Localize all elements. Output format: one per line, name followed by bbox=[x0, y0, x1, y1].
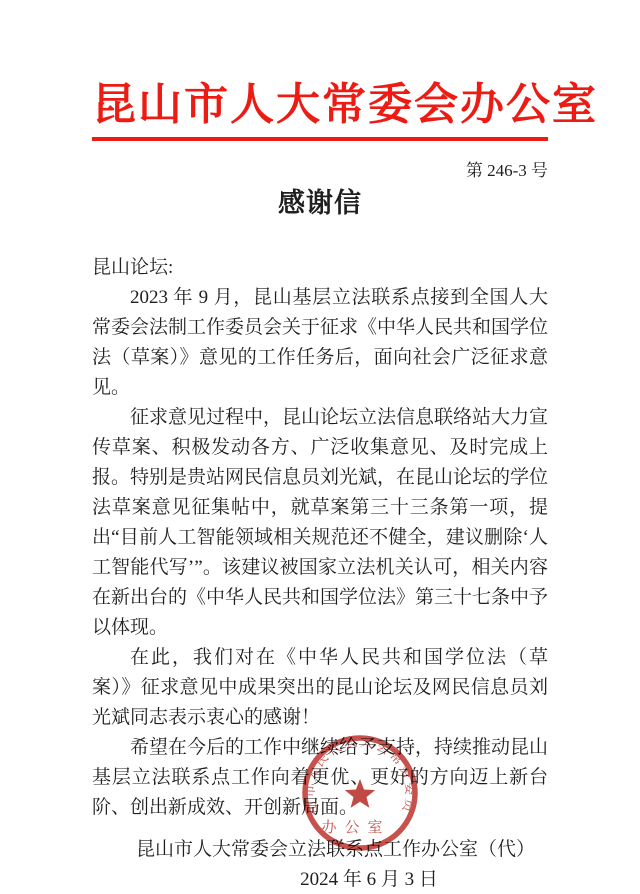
paragraph-3: 在此，我们对在《中华人民共和国学位法（草案）》征求意见中成果突出的昆山论坛及网民… bbox=[92, 643, 548, 733]
document-number: 第 246-3 号 bbox=[92, 161, 548, 181]
signature-line: 昆山市人大常委会立法联系点工作办公室（代） bbox=[92, 835, 548, 865]
salutation: 昆山论坛: bbox=[92, 253, 548, 283]
paragraph-1: 2023 年 9 月，昆山基层立法联系点接到全国人大常委会法制工作委员会关于征求… bbox=[92, 283, 548, 403]
letter-title: 感谢信 bbox=[92, 189, 548, 217]
paragraph-2: 征求意见过程中，昆山论坛立法信息联络站大力宣传草案、积极发动各方、广泛收集意见、… bbox=[92, 403, 548, 643]
closing-block: 昆山市人大常委会立法联系点工作办公室（代） 2024 年 6 月 3 日 bbox=[92, 835, 548, 894]
letterhead-org-title: 昆山市人大常委会办公室 bbox=[92, 83, 548, 127]
paragraph-4: 希望在今后的工作中继续给予支持，持续推动昆山基层立法联系点工作向着更优、更好的方… bbox=[92, 733, 548, 823]
letter-page: 昆山市人大常委会办公室 第 246-3 号 感谢信 昆山论坛: 2023 年 9… bbox=[0, 0, 640, 894]
letterhead-divider-rule bbox=[92, 137, 548, 141]
letter-body: 昆山论坛: 2023 年 9 月，昆山基层立法联系点接到全国人大常委会法制工作委… bbox=[92, 253, 548, 823]
letter-content: 昆山市人大常委会办公室 第 246-3 号 感谢信 昆山论坛: 2023 年 9… bbox=[0, 83, 640, 894]
date-line: 2024 年 6 月 3 日 bbox=[141, 865, 597, 894]
